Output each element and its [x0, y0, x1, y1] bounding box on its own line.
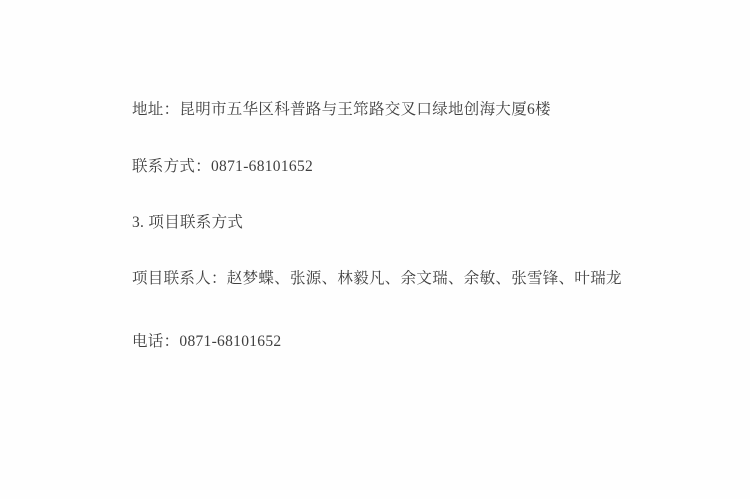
address-line: 地址：昆明市五华区科普路与王筇路交叉口绿地创海大厦6楼 [132, 101, 551, 119]
phone-line: 电话：0871-68101652 [132, 333, 281, 351]
contact-method-line: 联系方式：0871-68101652 [132, 158, 313, 176]
section-heading-project-contact: 3. 项目联系方式 [132, 214, 243, 232]
document-page: 地址：昆明市五华区科普路与王筇路交叉口绿地创海大厦6楼 联系方式：0871-68… [0, 0, 750, 499]
project-contacts-line: 项目联系人：赵梦蝶、张源、林毅凡、余文瑞、余敏、张雪锋、叶瑞龙 [132, 270, 622, 288]
